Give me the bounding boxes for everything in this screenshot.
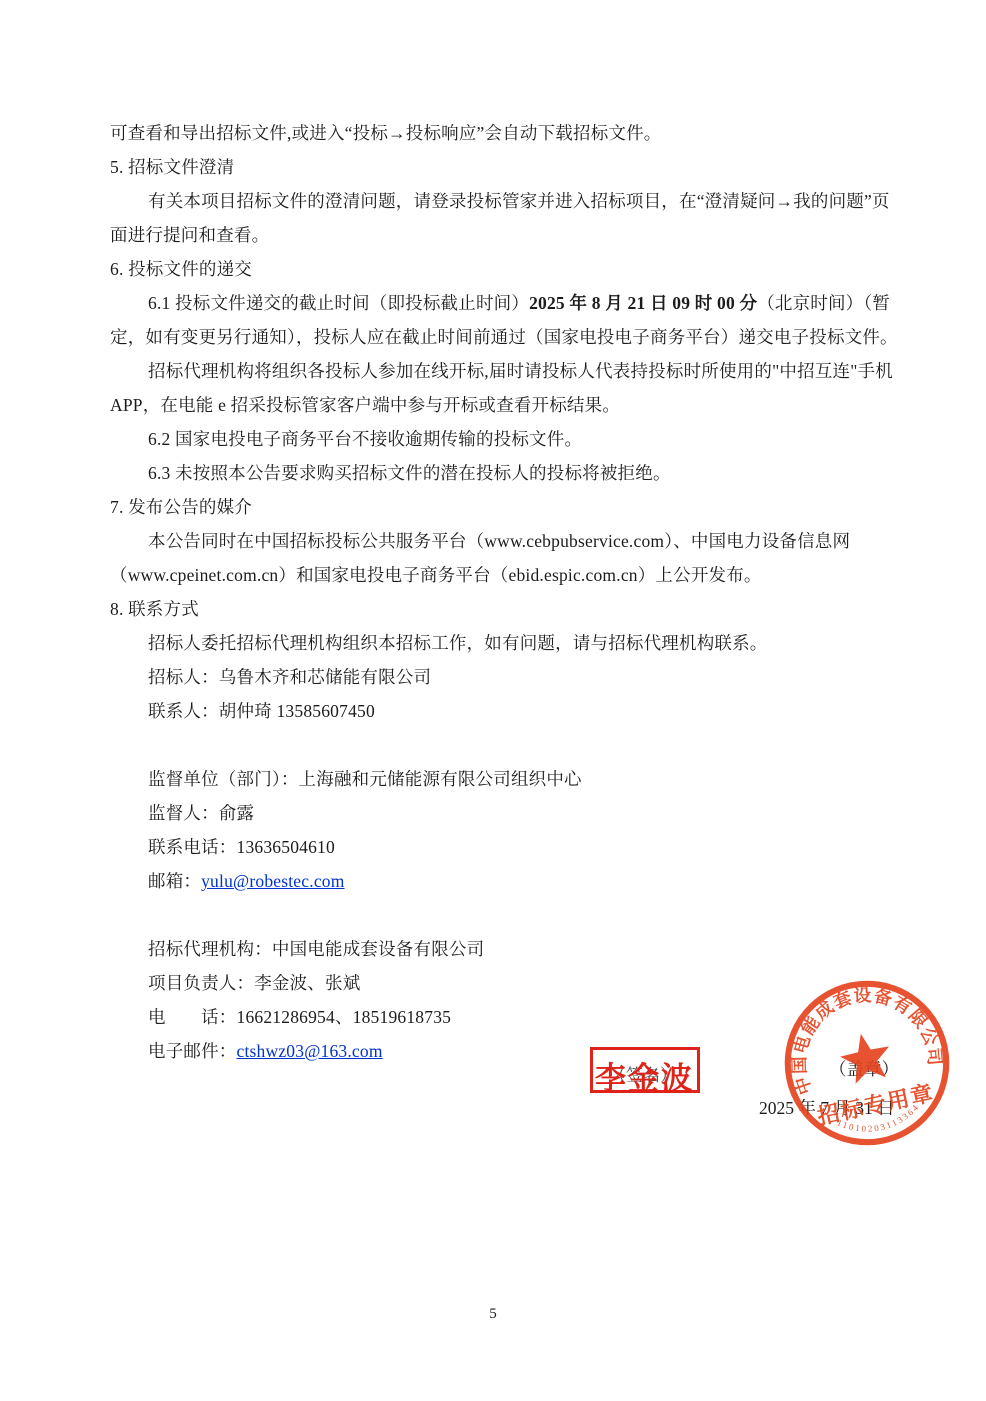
text-line: APP，在电能 e 招采投标管家客户端中参与开标或查看开标结果。 <box>110 388 910 422</box>
text-segment: 联系人：胡仲琦 13585607450 <box>148 701 375 721</box>
text-segment: （www.cpeinet.com.cn）和国家电投电子商务平台（ebid.esp… <box>110 565 762 585</box>
text-segment: 电子邮件： <box>148 1041 237 1061</box>
text-line: 面进行提问和查看。 <box>110 218 910 252</box>
blank-line <box>110 898 910 932</box>
text-line: 招标代理机构将组织各投标人参加在线开标,届时请投标人代表持投标时所使用的"中招互… <box>110 354 910 388</box>
text-line: 6.1 投标文件递交的截止时间（即投标截止时间）2025 年 8 月 21 日 … <box>110 286 910 320</box>
text-line: 招标人委托招标代理机构组织本招标工作，如有问题，请与招标代理机构联系。 <box>110 626 910 660</box>
text-segment: 5. 招标文件澄清 <box>110 157 234 177</box>
text-segment: 定，如有变更另行通知），投标人应在截止时间前通过（国家电投电子商务平台）递交电子… <box>110 327 898 347</box>
text-segment: 本公告同时在中国招标投标公共服务平台（www.cebpubservice.com… <box>148 531 850 551</box>
text-line: 邮箱：yulu@robestec.com <box>110 864 910 898</box>
text-segment: 监督人：俞露 <box>148 803 254 823</box>
text-line: 本公告同时在中国招标投标公共服务平台（www.cebpubservice.com… <box>110 524 910 558</box>
text-line: 联系电话：13636504610 <box>110 830 910 864</box>
text-segment: 面进行提问和查看。 <box>110 225 269 245</box>
text-line: 定，如有变更另行通知），投标人应在截止时间前通过（国家电投电子商务平台）递交电子… <box>110 320 910 354</box>
page-number: 5 <box>0 1306 986 1323</box>
text-line: 有关本项目招标文件的澄清问题，请登录投标管家并进入招标项目，在“澄清疑问→我的问… <box>110 184 910 218</box>
text-segment: 7. 发布公告的媒介 <box>110 497 252 517</box>
text-segment: 6.2 国家电投电子商务平台不接收逾期传输的投标文件。 <box>148 429 582 449</box>
text-segment: 可查看和导出招标文件,或进入“投标→投标响应”会自动下载招标文件。 <box>110 123 662 143</box>
text-segment: 电 话：16621286954、18519618735 <box>148 1007 451 1027</box>
text-segment: 有关本项目招标文件的澄清问题，请登录投标管家并进入招标项目，在“澄清疑问→我的问… <box>148 191 890 211</box>
svg-text:中国电能成套设备有限公司: 中国电能成套设备有限公司 <box>779 975 947 1098</box>
text-line: 招标代理机构：中国电能成套设备有限公司 <box>110 932 910 966</box>
text-segment: （北京时间）（暂 <box>757 293 890 313</box>
text-line: 监督单位（部门）：上海融和元储能源有限公司组织中心 <box>110 762 910 796</box>
signature-stamp-box: （签名） 李金波 <box>590 1047 700 1093</box>
text-line: 8. 联系方式 <box>110 592 910 626</box>
emphasized-text: 2025 年 8 月 21 日 09 时 00 分 <box>529 293 757 313</box>
text-line: 6.3 未按照本公告要求购买招标文件的潜在投标人的投标将被拒绝。 <box>110 456 910 490</box>
text-segment: 邮箱： <box>148 871 201 891</box>
text-line: （www.cpeinet.com.cn）和国家电投电子商务平台（ebid.esp… <box>110 558 910 592</box>
email-link[interactable]: yulu@robestec.com <box>201 871 344 891</box>
text-segment: 项目负责人：李金波、张斌 <box>148 973 360 993</box>
document-lines: 可查看和导出招标文件,或进入“投标→投标响应”会自动下载招标文件。5. 招标文件… <box>110 116 910 1068</box>
text-segment: 6.3 未按照本公告要求购买招标文件的潜在投标人的投标将被拒绝。 <box>148 463 671 483</box>
text-segment: 招标代理机构：中国电能成套设备有限公司 <box>148 939 484 959</box>
document-page: 可查看和导出招标文件,或进入“投标→投标响应”会自动下载招标文件。5. 招标文件… <box>0 0 986 1401</box>
blank-line <box>110 728 910 762</box>
text-line: 6.2 国家电投电子商务平台不接收逾期传输的投标文件。 <box>110 422 910 456</box>
text-segment: 8. 联系方式 <box>110 599 199 619</box>
text-line: 5. 招标文件澄清 <box>110 150 910 184</box>
company-seal-stamp: 中国电能成套设备有限公司 招标专用章 11010203113364 <box>779 975 955 1151</box>
text-segment: 招标代理机构将组织各投标人参加在线开标,届时请投标人代表持投标时所使用的"中招互… <box>148 361 893 381</box>
stamp-company-text: 中国电能成套设备有限公司 <box>779 975 947 1098</box>
text-line: 招标人：乌鲁木齐和芯储能有限公司 <box>110 660 910 694</box>
email-link[interactable]: ctshwz03@163.com <box>237 1041 383 1061</box>
text-segment: 6.1 投标文件递交的截止时间（即投标截止时间） <box>148 293 529 313</box>
text-line: 监督人：俞露 <box>110 796 910 830</box>
text-segment: 6. 投标文件的递交 <box>110 259 252 279</box>
text-segment: APP，在电能 e 招采投标管家客户端中参与开标或查看开标结果。 <box>110 395 620 415</box>
text-line: 7. 发布公告的媒介 <box>110 490 910 524</box>
text-line: 6. 投标文件的递交 <box>110 252 910 286</box>
stamp-star-icon <box>836 1029 895 1086</box>
signer-name-stamp: 李金波 <box>595 1053 694 1098</box>
text-segment: 联系电话：13636504610 <box>148 837 335 857</box>
text-line: 联系人：胡仲琦 13585607450 <box>110 694 910 728</box>
text-segment: 监督单位（部门）：上海融和元储能源有限公司组织中心 <box>148 769 582 789</box>
text-segment: 招标人委托招标代理机构组织本招标工作，如有问题，请与招标代理机构联系。 <box>148 633 768 653</box>
text-line: 可查看和导出招标文件,或进入“投标→投标响应”会自动下载招标文件。 <box>110 116 910 150</box>
text-segment: 招标人：乌鲁木齐和芯储能有限公司 <box>148 667 431 687</box>
